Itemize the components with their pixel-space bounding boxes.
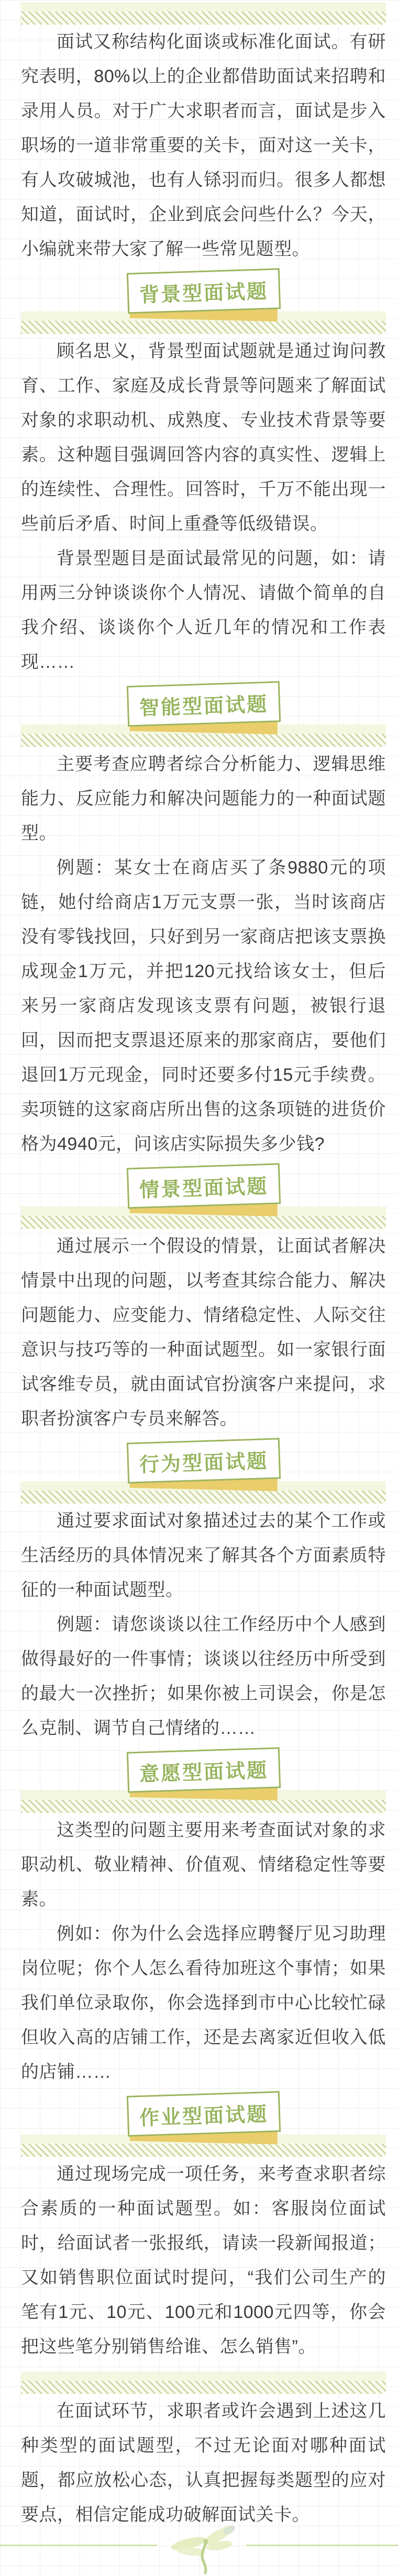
section-badge-label: 意愿型面试题 bbox=[139, 1754, 269, 1787]
sections-container: 背景型面试题 顾名思义，背景型面试题就是通过询问教育、工作、家庭及成长背景等问题… bbox=[21, 271, 386, 2364]
paragraph: 通过现场完成一项任务，来考查求职者综合素质的一种面试题型。如：客服岗位面试时，给… bbox=[21, 2157, 386, 2364]
hatch-band bbox=[21, 734, 386, 747]
hatch-band bbox=[21, 1800, 386, 1813]
hatch-band bbox=[21, 2144, 386, 2157]
intro-paragraph: 面试又称结构化面谈或标准化面试。有研究表明，80%以上的企业都借助面试来招聘和录… bbox=[21, 25, 386, 266]
section-paragraphs: 通过现场完成一项任务，来考查求职者综合素质的一种面试题型。如：客服岗位面试时，给… bbox=[21, 2157, 386, 2364]
article-content: 面试又称结构化面谈或标准化面试。有研究表明，80%以上的企业都借助面试来招聘和录… bbox=[0, 0, 398, 2532]
section-paragraphs: 主要考查应聘者综合分析能力、逻辑思维能力、反应能力和解决问题能力的一种面试题型。… bbox=[21, 747, 386, 1161]
paragraph: 通过要求面试对象描述过去的某个工作或生活经历的具体情况来了解其各个方面素质特征的… bbox=[21, 1504, 386, 1607]
paragraph: 通过展示一个假设的情景，让面试者解决情景中出现的问题，以考查其综合能力、解决问题… bbox=[21, 1229, 386, 1436]
footer-line-left bbox=[0, 2545, 157, 2546]
paragraph: 例题：请您谈谈以往工作经历中个人感到做得最好的一件事情；谈谈以往经历中所受到的最… bbox=[21, 1607, 386, 1745]
badge-box: 作业型面试题 bbox=[126, 2091, 280, 2136]
dragonfly-icon bbox=[164, 2523, 243, 2576]
hatch-band bbox=[21, 12, 386, 25]
pale-band bbox=[21, 2, 386, 12]
interview-type-section: 背景型面试题 顾名思义，背景型面试题就是通过询问教育、工作、家庭及成长背景等问题… bbox=[21, 271, 386, 679]
paragraph: 主要考查应聘者综合分析能力、逻辑思维能力、反应能力和解决问题能力的一种面试题型。 bbox=[21, 747, 386, 850]
interview-type-section: 智能型面试题 主要考查应聘者综合分析能力、逻辑思维能力、反应能力和解决问题能力的… bbox=[21, 684, 386, 1161]
interview-type-section: 情景型面试题 通过展示一个假设的情景，让面试者解决情景中出现的问题，以考查其综合… bbox=[21, 1166, 386, 1436]
section-paragraphs: 这类型的问题主要用来考查面试对象的求职动机、敬业精神、价值观、情绪稳定性等要素。… bbox=[21, 1813, 386, 2089]
hatch-band bbox=[21, 2381, 386, 2394]
hatch-band bbox=[21, 321, 386, 334]
footer-decoration bbox=[0, 2532, 398, 2576]
hatch-band bbox=[21, 1216, 386, 1229]
section-badge: 作业型面试题 bbox=[21, 2093, 386, 2143]
paragraph: 顾名思义，背景型面试题就是通过询问教育、工作、家庭及成长背景等问题来了解面试对象… bbox=[21, 334, 386, 541]
badge-box: 情景型面试题 bbox=[126, 1163, 280, 1208]
badge-box: 智能型面试题 bbox=[126, 681, 280, 726]
section-badge: 情景型面试题 bbox=[21, 1166, 386, 1215]
badge-box: 意愿型面试题 bbox=[126, 1747, 280, 1793]
section-badge-label: 作业型面试题 bbox=[139, 2098, 269, 2131]
paragraph: 例如：你为什么会选择应聘餐厅见习助理岗位呢；你个人怎么看待加班这个事情；如果我们… bbox=[21, 1917, 386, 2089]
section-paragraphs: 通过要求面试对象描述过去的某个工作或生活经历的具体情况来了解其各个方面素质特征的… bbox=[21, 1504, 386, 1745]
badge-box: 行为型面试题 bbox=[126, 1438, 280, 1483]
paragraph: 背景型题目是面试最常见的问题，如：请用两三分钟谈谈你个人情况、请做个简单的自我介… bbox=[21, 541, 386, 679]
section-badge: 背景型面试题 bbox=[21, 271, 386, 320]
section-badge-label: 智能型面试题 bbox=[139, 688, 269, 721]
footer-line-right bbox=[246, 2545, 398, 2546]
section-badge: 行为型面试题 bbox=[21, 1440, 386, 1489]
interview-type-section: 意愿型面试题 这类型的问题主要用来考查面试对象的求职动机、敬业精神、价值观、情绪… bbox=[21, 1750, 386, 2089]
closing-paragraph: 在面试环节，求职者或许会遇到上述这几种类型的面试题型，不过无论面对哪种面试题，都… bbox=[21, 2394, 386, 2532]
top-separator-bands bbox=[21, 2, 386, 25]
section-paragraphs: 顾名思义，背景型面试题就是通过询问教育、工作、家庭及成长背景等问题来了解面试对象… bbox=[21, 334, 386, 679]
closing-separator-bands bbox=[21, 2371, 386, 2394]
paragraph: 这类型的问题主要用来考查面试对象的求职动机、敬业精神、价值观、情绪稳定性等要素。 bbox=[21, 1813, 386, 1917]
section-badge: 智能型面试题 bbox=[21, 684, 386, 733]
article-page: 面试又称结构化面谈或标准化面试。有研究表明，80%以上的企业都借助面试来招聘和录… bbox=[0, 0, 398, 2576]
hatch-band bbox=[21, 1491, 386, 1504]
paragraph: 例题：某女士在商店买了条9880元的项链，她付给商店1万元支票一张，当时该商店没… bbox=[21, 850, 386, 1161]
section-paragraphs: 通过展示一个假设的情景，让面试者解决情景中出现的问题，以考查其综合能力、解决问题… bbox=[21, 1229, 386, 1436]
interview-type-section: 作业型面试题 通过现场完成一项任务，来考查求职者综合素质的一种面试题型。如：客服… bbox=[21, 2093, 386, 2364]
section-badge-label: 行为型面试题 bbox=[139, 1444, 269, 1477]
pale-band bbox=[21, 2371, 386, 2381]
section-badge-label: 背景型面试题 bbox=[139, 275, 269, 308]
interview-type-section: 行为型面试题 通过要求面试对象描述过去的某个工作或生活经历的具体情况来了解其各个… bbox=[21, 1440, 386, 1745]
section-badge: 意愿型面试题 bbox=[21, 1750, 386, 1799]
section-badge-label: 情景型面试题 bbox=[139, 1170, 269, 1203]
badge-box: 背景型面试题 bbox=[126, 268, 280, 313]
